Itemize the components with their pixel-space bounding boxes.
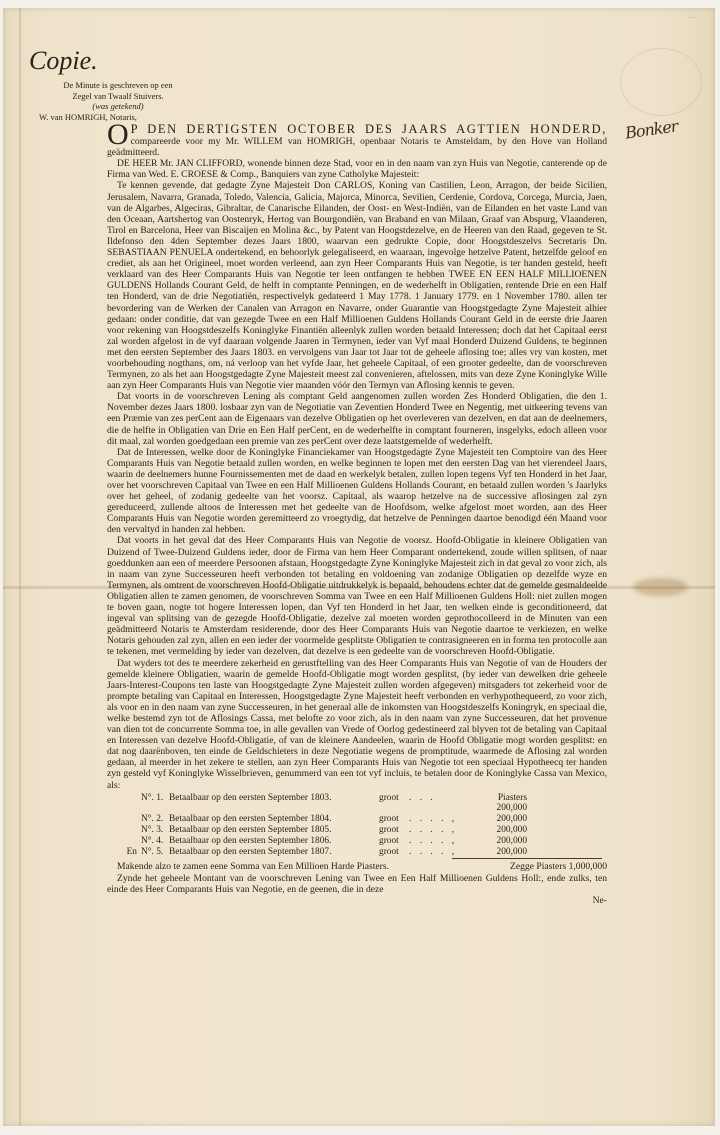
document-page: ...... Copie. De Minute is geschreven op… <box>3 8 715 1126</box>
catchword: Ne- <box>107 895 607 906</box>
paragraph-dat-voorts-geval: Dat voorts in het geval dat des Heer Com… <box>107 535 607 657</box>
total-line: Makende alzo te zamen eene Somma van Een… <box>107 861 607 872</box>
fold-line-vertical <box>19 8 21 1126</box>
drop-cap: O <box>107 124 129 146</box>
paragraph-heer-clifford: DE HEER Mr. JAN CLIFFORD, wonende binnen… <box>107 158 607 180</box>
paragraph-dat-voorts-lening: Dat voorts in de voorschreven Lening als… <box>107 391 607 446</box>
paragraph-dat-wyders: Dat wyders tot des te meerdere zekerheid… <box>107 658 607 791</box>
bill-row: N°. 2. Betaalbaar op den eersten Septemb… <box>107 814 607 825</box>
paragraph-te-kennen-gevende: Te kennen gevende, dat gedagte Zyne Maje… <box>107 180 607 391</box>
bill-row: N°. 1. Betaalbaar op den eersten Septemb… <box>107 793 607 815</box>
paragraph-dat-de-interessen: Dat de Interessen, welke door de Koningl… <box>107 447 607 536</box>
bill-row: N°. 4. Betaalbaar op den eersten Septemb… <box>107 836 607 847</box>
total-text: Makende alzo te zamen eene Somma van Een… <box>117 861 389 872</box>
bills-list: N°. 1. Betaalbaar op den eersten Septemb… <box>107 793 607 860</box>
document-body: OP DEN DERTIGSTEN OCTOBER DES JAARS AGTT… <box>107 124 607 906</box>
embossed-seal <box>620 48 702 116</box>
opening-text: compareerde voor my Mr. WILLEM van HOMRI… <box>107 136 607 158</box>
corner-stamp: ...... <box>677 14 707 32</box>
bill-row: N°. 3. Betaalbaar op den eersten Septemb… <box>107 825 607 836</box>
sum-rule <box>452 858 602 859</box>
minute-line-1: De Minute is geschreven op een <box>43 80 193 91</box>
opening-line: OP DEN DERTIGSTEN OCTOBER DES JAARS AGTT… <box>107 124 607 158</box>
closing-paragraph: Zynde het geheele Montant van de voorsch… <box>107 873 607 895</box>
total-zegge: Zegge Piasters 1,000,000 <box>510 861 607 872</box>
copie-heading: Copie. <box>29 46 98 76</box>
was-getekend: (was getekend) <box>43 101 193 112</box>
opening-title: P DEN DERTIGSTEN OCTOBER DES JAARS AGTTI… <box>131 122 607 136</box>
handwritten-signature: Bonker <box>624 116 679 142</box>
paper-stain <box>633 578 688 596</box>
bill-row: En N°. 5. Betaalbaar op den eersten Sept… <box>107 847 607 858</box>
minute-note: De Minute is geschreven op een Zegel van… <box>43 80 193 122</box>
minute-line-2: Zegel van Twaalf Stuivers. <box>43 91 193 102</box>
